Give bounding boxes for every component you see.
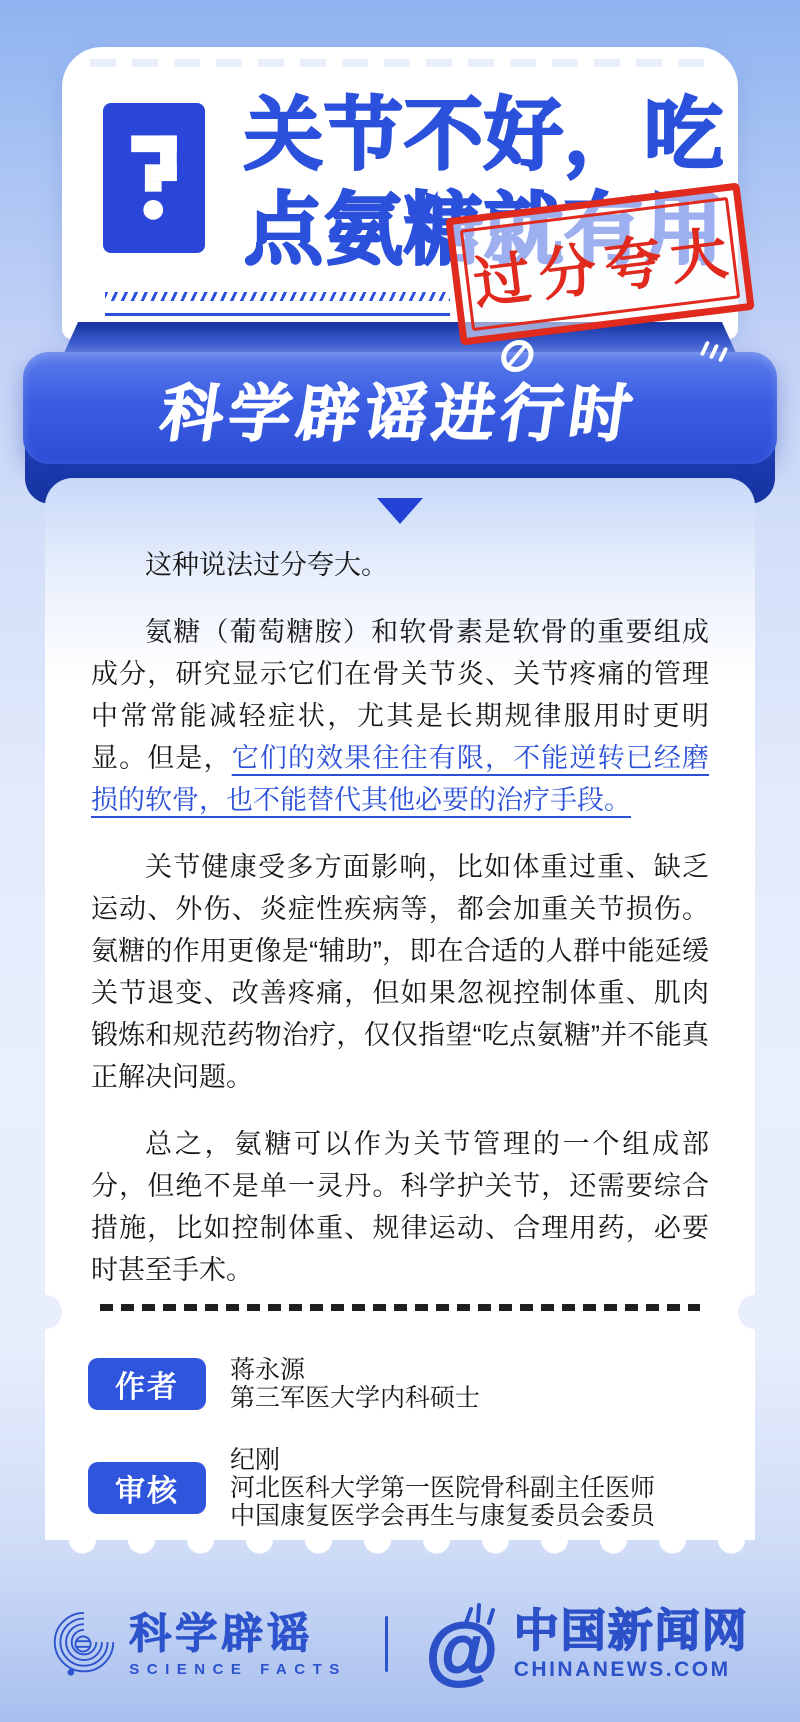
banner-title: 科学辟谣进行时 <box>156 380 642 449</box>
paragraph-conclusion: 总之，氨糖可以作为关节管理的一个组成部分，但绝不是单一灵丹。科学护关节，还需要综… <box>91 1123 709 1291</box>
banner-skew-wrap: 科学辟谣进行时 <box>156 364 645 453</box>
poster-page: 关节不好，吃 点氨糖就有用 过分夸大 科学辟谣进行时 这种说法过分夸大。 氨糖（… <box>0 0 800 1722</box>
reviewer-row: 审核 纪刚 河北医科大学第一医院骨科副主任医师 中国康复医学会再生与康复委员会委… <box>88 1446 728 1530</box>
author-label-badge: 作者 <box>88 1358 206 1410</box>
triangle-down-icon <box>377 498 423 524</box>
article-card: 这种说法过分夸大。 氨糖（葡萄糖胺）和软骨素是软骨的重要组成成分，研究显示它们在… <box>45 478 755 1540</box>
reviewer-info: 纪刚 河北医科大学第一医院骨科副主任医师 中国康复医学会再生与康复委员会委员 <box>230 1446 655 1530</box>
at-sign-icon: @ <box>426 1605 506 1683</box>
reviewer-label-badge: 审核 <box>88 1462 206 1514</box>
ticket-notch-right <box>738 1295 772 1329</box>
rays-icon <box>462 1601 496 1627</box>
author-title: 第三军医大学内科硕士 <box>230 1384 480 1412</box>
chinanews-en: CHINANEWS.COM <box>514 1658 731 1682</box>
author-row: 作者 蒋永源 第三军医大学内科硕士 <box>88 1356 728 1412</box>
author-info: 蒋永源 第三军医大学内科硕士 <box>230 1356 480 1412</box>
verdict-stamp-text: 过分夸大 <box>460 197 740 331</box>
science-facts-en: SCIENCE FACTS <box>129 1661 347 1678</box>
section-banner: 科学辟谣进行时 <box>23 352 777 464</box>
dashed-divider <box>100 1304 700 1311</box>
question-mark-glyph <box>116 120 192 236</box>
chinanews-cn: 中国新闻网 <box>514 1607 749 1655</box>
science-facts-cn: 科学辟谣 <box>129 1611 313 1657</box>
article-body: 这种说法过分夸大。 氨糖（葡萄糖胺）和软骨素是软骨的重要组成成分，研究显示它们在… <box>91 544 709 1291</box>
scalloped-edge <box>45 1540 755 1556</box>
claim-title-line1: 关节不好，吃 <box>244 87 724 182</box>
decor-solid-line <box>105 313 450 316</box>
science-facts-swirl-icon <box>51 1608 117 1680</box>
paragraph-factors: 关节健康受多方面影响，比如体重过重、缺乏运动、外伤、炎症性疾病等，都会加重关节损… <box>91 846 709 1098</box>
footer-logos: 科学辟谣 SCIENCE FACTS @ 中国新闻网 CHINANEWS.COM <box>0 1596 800 1692</box>
reviewer-title-2: 中国康复医学会再生与康复委员会委员 <box>230 1502 655 1530</box>
science-facts-logo: 科学辟谣 SCIENCE FACTS <box>51 1608 347 1680</box>
ticket-notch-left <box>28 1295 62 1329</box>
reviewer-title-1: 河北医科大学第一医院骨科副主任医师 <box>230 1474 655 1502</box>
question-mark-icon <box>103 103 205 253</box>
credits-section: 作者 蒋永源 第三军医大学内科硕士 审核 纪刚 河北医科大学第一医院骨科副主任医… <box>88 1356 728 1530</box>
decor-dashes <box>90 59 710 67</box>
author-name: 蒋永源 <box>230 1356 480 1384</box>
decor-hatch-line <box>105 292 450 301</box>
chinanews-logo: @ 中国新闻网 CHINANEWS.COM <box>426 1605 749 1683</box>
footer-divider <box>385 1616 388 1672</box>
paragraph-verdict: 这种说法过分夸大。 <box>91 544 709 586</box>
reviewer-name: 纪刚 <box>230 1446 655 1474</box>
paragraph-evidence: 氨糖（葡萄糖胺）和软骨素是软骨的重要组成成分，研究显示它们在骨关节炎、关节疼痛的… <box>91 611 709 821</box>
